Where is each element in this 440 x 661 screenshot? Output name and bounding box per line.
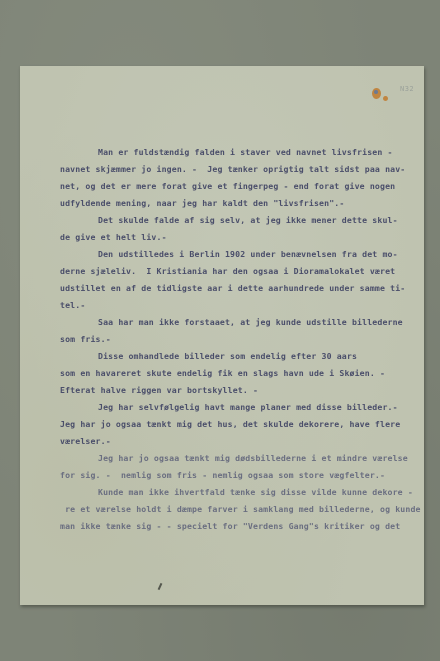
- text-line: Den udstilledes i Berlin 1902 under benæ…: [60, 246, 406, 263]
- text-line: for sig. - nemlig som fris - nemlig ogsa…: [60, 467, 406, 484]
- text-line: derne sjæleliv. I Kristiania har den ogs…: [60, 263, 406, 280]
- text-line: som fris.-: [60, 331, 406, 348]
- text-line: Disse omhandlede billeder som endelig ef…: [60, 348, 406, 365]
- text-line: net, og det er mere forat give et finger…: [60, 178, 406, 195]
- text-line: Jeg har jo ogsaa tænkt mig dødsbilledern…: [60, 450, 406, 467]
- text-line: Efterat halve riggen var bortskyllet. -: [60, 382, 406, 399]
- text-line: Det skulde falde af sig selv, at jeg ikk…: [60, 212, 406, 229]
- text-line: Jeg har selvfølgelig havt mange planer m…: [60, 399, 406, 416]
- text-line: re et værelse holdt i dæmpe farver i sam…: [60, 501, 406, 518]
- text-line: værelser.-: [60, 433, 406, 450]
- ink-dot: [374, 90, 378, 94]
- text-line: som en havareret skute endelig fik en sl…: [60, 365, 406, 382]
- text-line: udfyldende mening, naar jeg har kaldt de…: [60, 195, 406, 212]
- text-line: tel.-: [60, 297, 406, 314]
- text-line: man ikke tænke sig - - specielt for "Ver…: [60, 518, 406, 535]
- document-body: Man er fuldstændig falden i staver ved n…: [60, 144, 406, 535]
- text-line: udstillet en af de tidligste aar i dette…: [60, 280, 406, 297]
- text-line: Jeg har jo ogsaa tænkt mig det hus, det …: [60, 416, 406, 433]
- text-line: Kunde man ikke ihvertfald tænke sig diss…: [60, 484, 406, 501]
- text-line: navnet skjæmmer jo ingen. - Jeg tænker o…: [60, 161, 406, 178]
- rust-stain-small: [383, 96, 388, 101]
- page-marker: N32: [400, 85, 414, 93]
- text-line: Saa har man ikke forstaaet, at jeg kunde…: [60, 314, 406, 331]
- text-line: de give et helt liv.-: [60, 229, 406, 246]
- text-line: Man er fuldstændig falden i staver ved n…: [60, 144, 406, 161]
